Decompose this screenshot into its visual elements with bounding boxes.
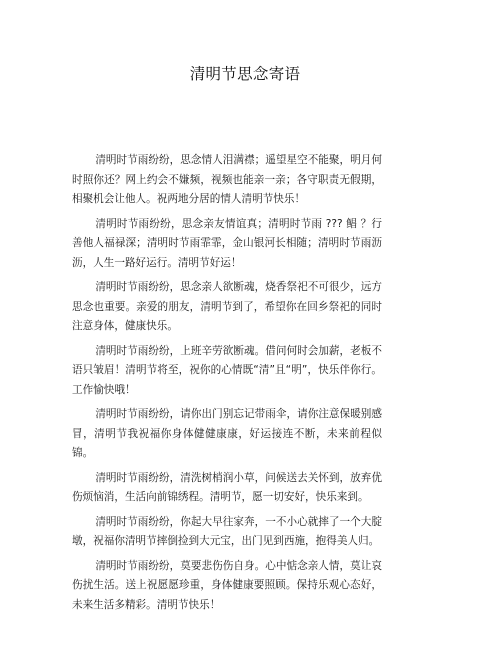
document-body: 清明时节雨纷纷，思念情人泪满襟；遥望星空不能聚，明月何时照你还？网上约会不嫌频，… <box>72 151 382 620</box>
paragraph: 清明时节雨纷纷，思念亲人欲断魂，烧香祭祀不可很少，远方思念也重要。亲爱的朋友，清… <box>72 278 382 337</box>
paragraph: 清明时节雨纷纷，清洗树梢润小草，问候送去关怀到，放弃优伤烦恼消，生活向前锦绣程。… <box>72 469 382 508</box>
document-page: 清明节思念寄语 清明时节雨纷纷，思念情人泪满襟；遥望星空不能聚，明月何时照你还？… <box>0 0 500 648</box>
paragraph: 清明时节雨纷纷，思念情人泪满襟；遥望星空不能聚，明月何时照你还？网上约会不嫌频，… <box>72 151 382 210</box>
paragraph: 清明时节雨纷纷，你起大早往家奔，一不小心就摔了一个大腚墩，祝福你清明节摔倒捡到大… <box>72 513 382 552</box>
document-title: 清明节思念寄语 <box>0 62 490 84</box>
paragraph: 清明时节雨纷纷，请你出门别忘记带雨伞，请你注意保暖别感冒，清明节我祝福你身体健健… <box>72 405 382 464</box>
paragraph: 清明时节雨纷纷，上班辛劳欲断魂。借问何时会加薪，老板不语只皱眉！清明节将至，祝你… <box>72 342 382 401</box>
paragraph: 清明时节雨纷纷，思念亲友情谊真；清明时节雨 ??? 鲳 ？行善他人福禄深；清明时… <box>72 215 382 274</box>
paragraph: 清明时节雨纷纷，莫要悲伤伤自身。心中惦念亲人情，莫让哀伤扰生活。送上祝愿愿珍重，… <box>72 557 382 616</box>
